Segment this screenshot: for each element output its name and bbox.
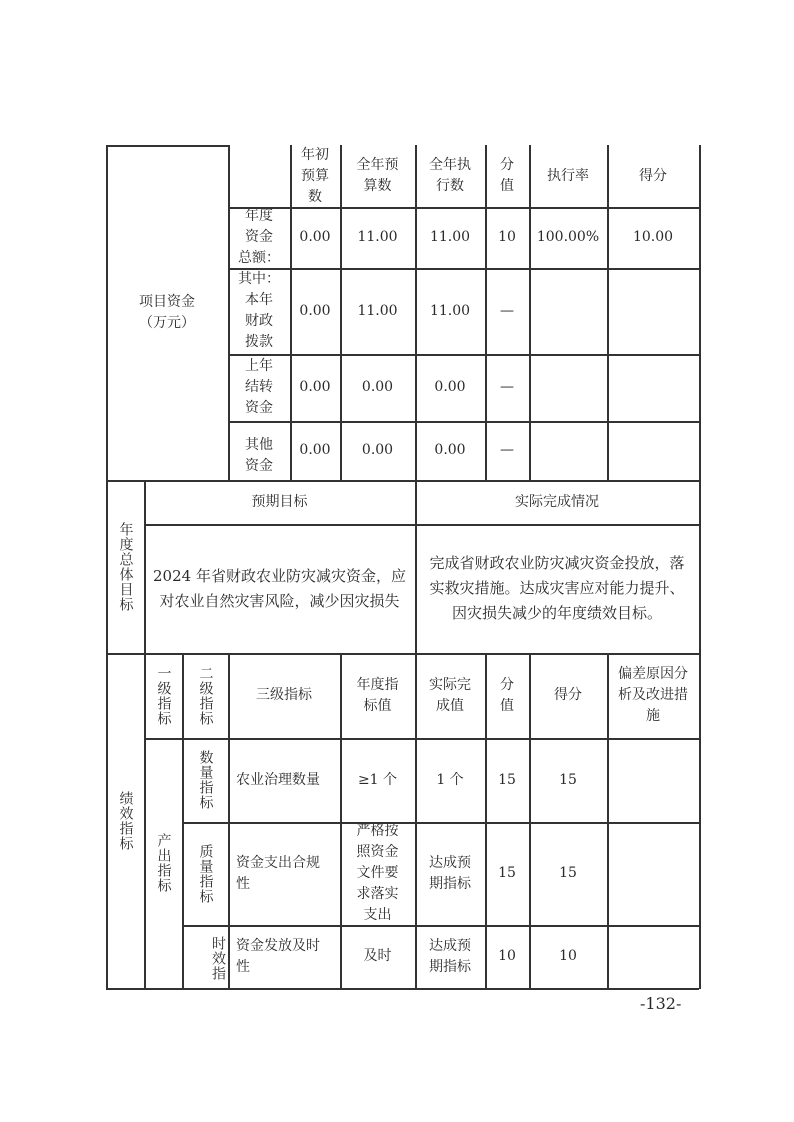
funds-row-label: 其他 资金 [228, 421, 290, 480]
funds-row-executed: 11.00 [415, 268, 485, 354]
grid-line [106, 145, 228, 147]
funds-header-executed: 全年执 行数 [415, 145, 485, 207]
funds-row-score [607, 421, 699, 480]
grid-line [529, 653, 531, 989]
perf-row-score: 10 [529, 925, 607, 988]
funds-row-score-value: — [485, 354, 529, 421]
perf-row-score-value: 15 [485, 822, 529, 925]
grid-line [106, 145, 108, 989]
funds-header-score-value: 分 值 [485, 145, 529, 207]
grid-line [144, 480, 146, 989]
grid-line [106, 653, 699, 655]
perf-header-level2: 二级指标 [182, 653, 228, 738]
funds-section-label: 项目资金 （万元） [106, 145, 228, 480]
funds-row-annual: 0.00 [340, 354, 415, 421]
grid-line [415, 145, 417, 480]
funds-row-rate: 100.00% [529, 207, 607, 268]
grid-line [228, 988, 699, 990]
perf-row-level3: 资金发放及时 性 [228, 925, 340, 988]
funds-row-initial: 0.00 [290, 207, 340, 268]
funds-row-rate [529, 354, 607, 421]
perf-row-score-value: 15 [485, 738, 529, 822]
funds-row-annual: 11.00 [340, 207, 415, 268]
funds-header-score: 得分 [607, 145, 699, 207]
grid-line [485, 653, 487, 989]
perf-header-score-value: 分 值 [485, 653, 529, 738]
grid-line [182, 925, 699, 927]
perf-row-score-value: 10 [485, 925, 529, 988]
grid-line [106, 480, 699, 482]
grid-line [228, 421, 699, 423]
grid-line [228, 268, 699, 270]
grid-line [699, 145, 701, 989]
perf-row-score: 15 [529, 738, 607, 822]
funds-row-rate [529, 421, 607, 480]
funds-row-score [607, 268, 699, 354]
perf-header-level3: 三级指标 [228, 653, 340, 738]
funds-header-rate: 执行率 [529, 145, 607, 207]
funds-row-score-value: — [485, 268, 529, 354]
perf-header-actual: 实际完 成值 [415, 653, 485, 738]
perf-level1-label: 产出指标 [144, 738, 182, 988]
funds-row-executed: 11.00 [415, 207, 485, 268]
funds-row-label: 年度 资金 总额： [228, 207, 290, 268]
grid-line [228, 145, 230, 480]
perf-row-actual: 达成预 期指标 [415, 925, 485, 988]
goals-actual-header: 实际完成情况 [415, 480, 699, 524]
funds-row-score: 10.00 [607, 207, 699, 268]
perf-row-level2: 数量指标 [182, 738, 228, 822]
perf-row-deviation [607, 738, 699, 822]
funds-row-initial: 0.00 [290, 268, 340, 354]
perf-row-level3: 农业治理数量 [228, 738, 340, 822]
goals-expected-header: 预期目标 [144, 480, 415, 524]
grid-line [415, 480, 417, 653]
grid-line [106, 988, 228, 990]
grid-line [182, 822, 699, 824]
grid-line [607, 145, 609, 480]
perf-row-level2: 质量指标 [182, 822, 228, 925]
funds-row-score [607, 354, 699, 421]
grid-line [228, 354, 699, 356]
funds-row-initial: 0.00 [290, 354, 340, 421]
perf-header-level1: 一级指标 [144, 653, 182, 738]
funds-row-label: 上年 结转 资金 [228, 354, 290, 421]
funds-row-score-value: 10 [485, 207, 529, 268]
funds-row-executed: 0.00 [415, 354, 485, 421]
grid-line [182, 653, 184, 989]
perf-row-actual: 1 个 [415, 738, 485, 822]
funds-row-annual: 11.00 [340, 268, 415, 354]
perf-row-deviation [607, 925, 699, 988]
grid-line [290, 145, 292, 480]
performance-section-label: 绩效指标 [106, 653, 144, 988]
perf-row-level3: 资金支出合规 性 [228, 822, 340, 925]
perf-row-target: ≥1 个 [340, 738, 415, 822]
goals-expected-text: 2024 年省财政农业防灾减灾资金，应对农业自然灾害风险，减少因灾损失 [144, 524, 415, 653]
grid-line [144, 524, 699, 526]
perf-header-score: 得分 [529, 653, 607, 738]
perf-row-target: 严格按 照资金 文件要 求落实 支出 [340, 822, 415, 925]
grid-line [529, 145, 531, 480]
grid-line [228, 653, 230, 989]
grid-line [415, 653, 417, 989]
funds-header-annual: 全年预 算数 [340, 145, 415, 207]
grid-line [228, 207, 699, 209]
funds-row-label: 其中： 本年 财政 拨款 [228, 268, 290, 354]
funds-row-initial: 0.00 [290, 421, 340, 480]
perf-header-deviation: 偏差原因分 析及改进措 施 [607, 653, 699, 738]
perf-header-target: 年度指 标值 [340, 653, 415, 738]
funds-row-rate [529, 268, 607, 354]
perf-row-target: 及时 [340, 925, 415, 988]
funds-header-initial: 年初 预算 数 [290, 145, 340, 207]
page-number: -132- [640, 994, 681, 1013]
funds-row-executed: 0.00 [415, 421, 485, 480]
goals-actual-text: 完成省财政农业防灾减灾资金投放，落实救灾措施。达成灾害应对能力提升、因灾损失减少… [415, 524, 699, 653]
perf-row-level2: 时效指 [182, 925, 228, 988]
grid-line [485, 145, 487, 480]
grid-line [607, 653, 609, 989]
grid-line [340, 145, 342, 480]
funds-row-annual: 0.00 [340, 421, 415, 480]
perf-row-deviation [607, 822, 699, 925]
perf-row-actual: 达成预 期指标 [415, 822, 485, 925]
grid-line [340, 653, 342, 989]
funds-row-score-value: — [485, 421, 529, 480]
perf-row-score: 15 [529, 822, 607, 925]
goals-section-label: 年度总体目标 [106, 480, 144, 653]
